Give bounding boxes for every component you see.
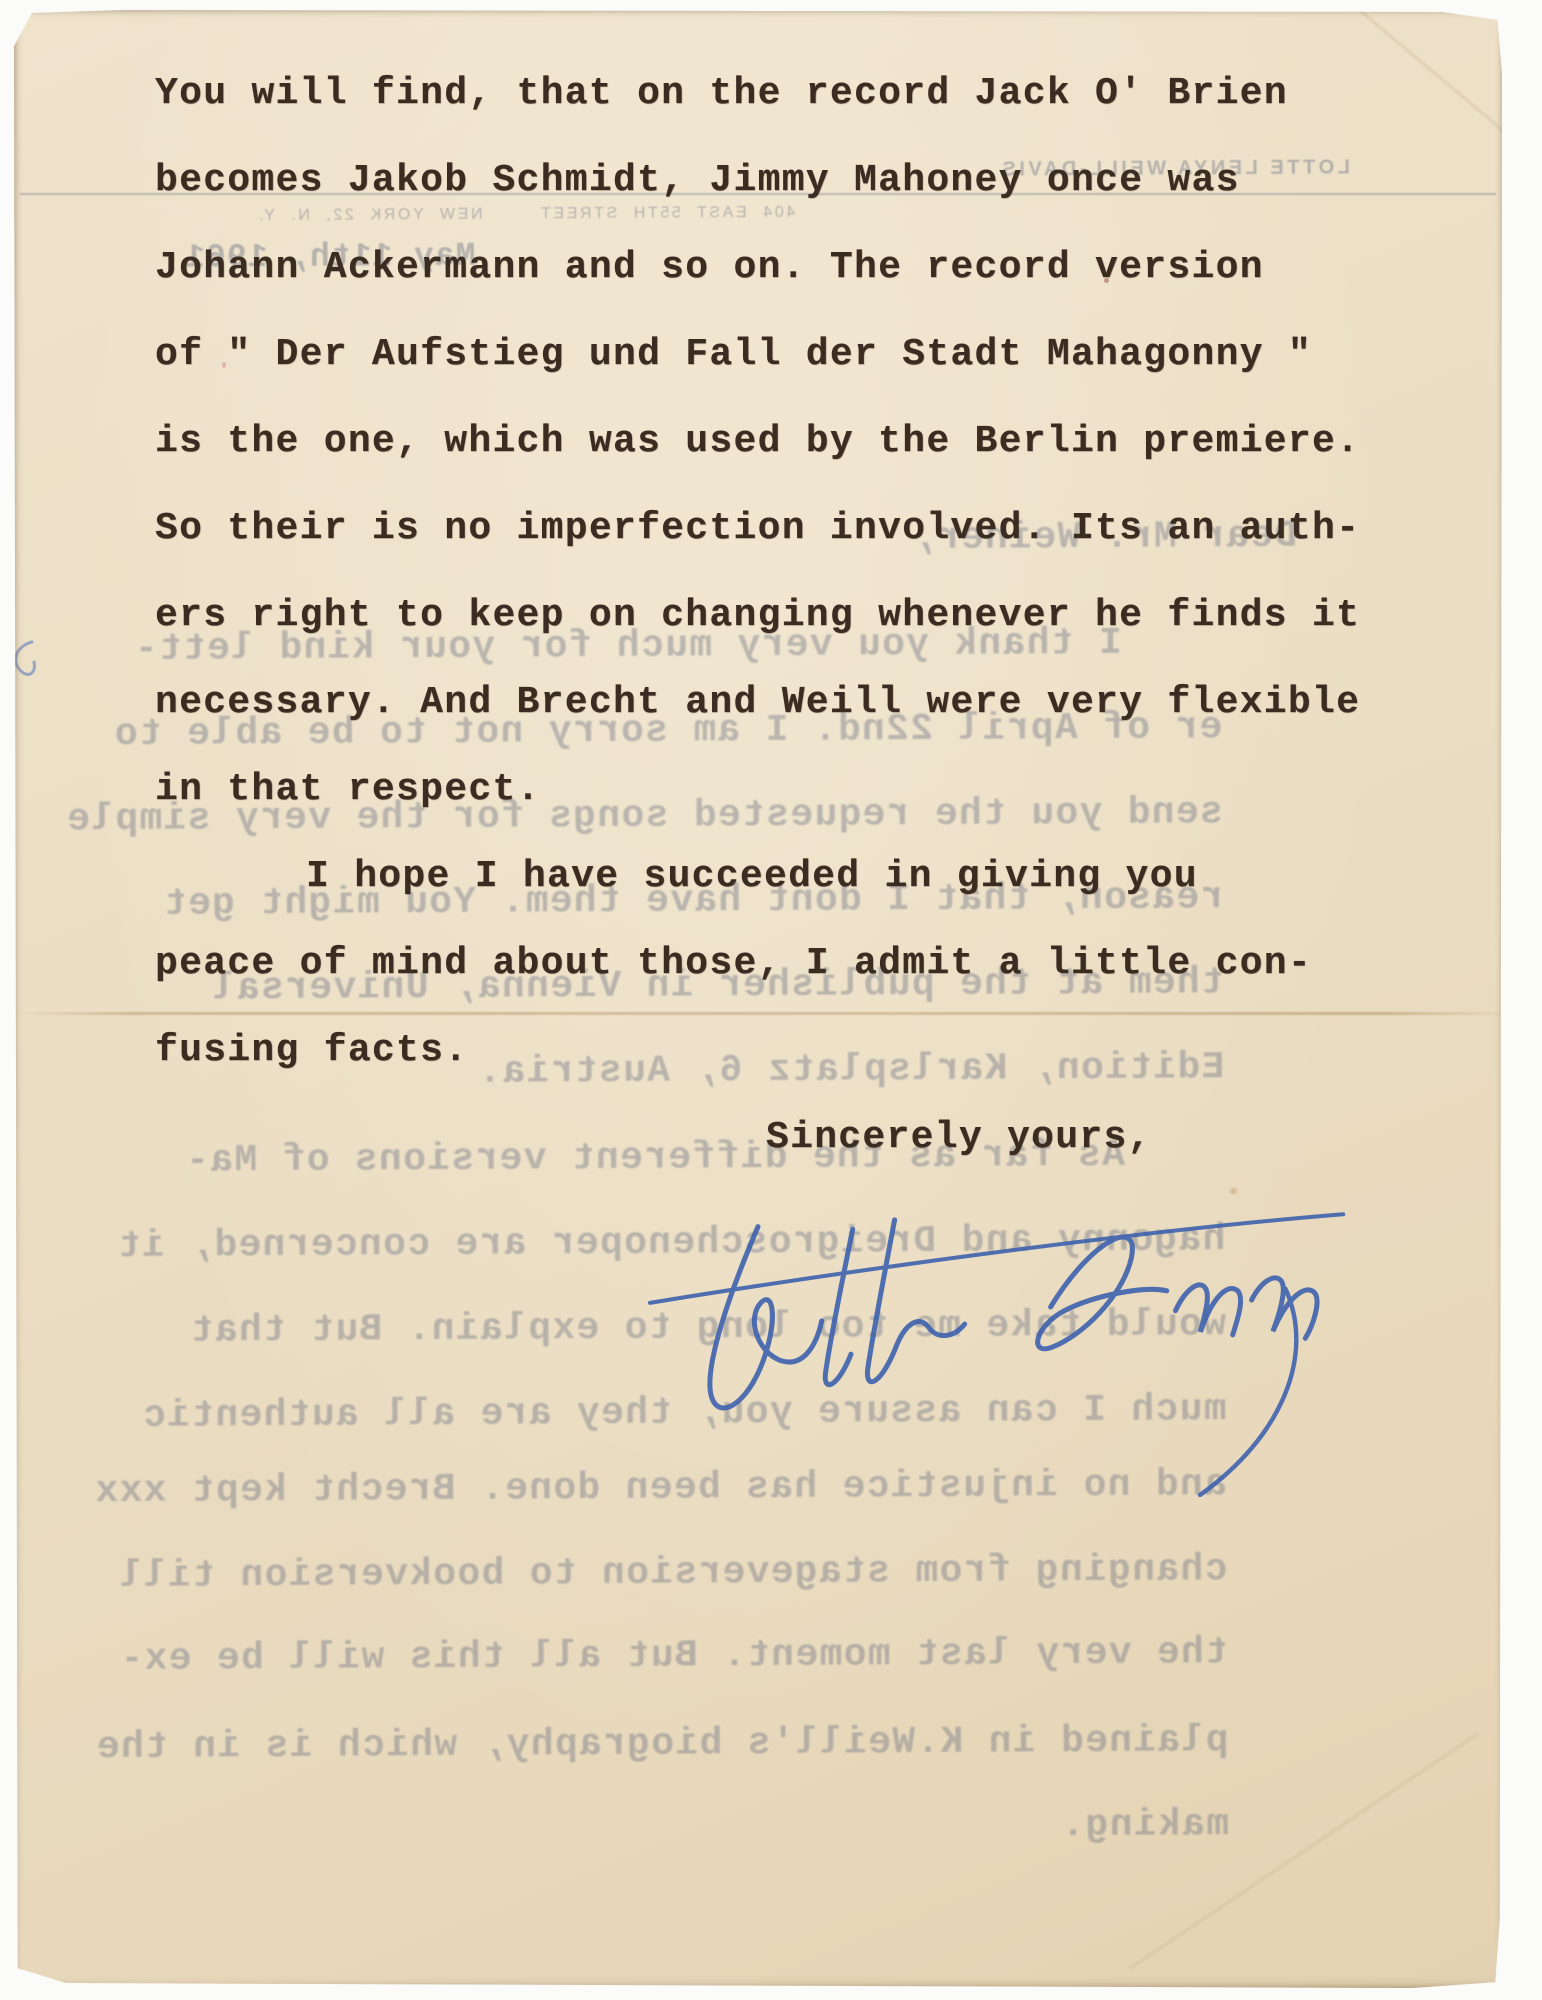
typed-line: So their is no imperfection involved. It…: [155, 507, 1360, 551]
typed-line: in that respect.: [155, 768, 541, 812]
typed-line: necessary. And Brecht and Weill were ver…: [155, 681, 1360, 725]
paper-edge-shading: [14, 10, 1502, 1988]
bleed-line: making.: [1060, 1803, 1229, 1848]
typed-line: becomes Jakob Schmidt, Jimmy Mahoney onc…: [155, 159, 1240, 203]
blue-margin-mark: [14, 636, 42, 684]
bleed-line: the very last moment. But all this will …: [119, 1631, 1228, 1682]
typed-line: of " Der Aufstieg und Fall der Stadt Mah…: [155, 333, 1312, 377]
typed-line: ers right to keep on changing whenever h…: [155, 594, 1360, 638]
bleed-line: plained in K.Weill's biography, which is…: [96, 1719, 1229, 1770]
bleed-letterhead-address: 404 EAST 55TH STREET NEW YORK 22, N. Y.: [257, 204, 796, 225]
bleed-line: Edition, Karlsplatz 6, Austria.: [477, 1046, 1224, 1095]
corner-crease: [1129, 1733, 1478, 1970]
typed-line: Sincerely yours,: [766, 1116, 1152, 1160]
bleed-line: changing from stageversion to bookversio…: [119, 1548, 1228, 1599]
typed-line: Johann Ackermann and so on. The record v…: [155, 246, 1264, 290]
letter-paper: LOTTE LENYA WEILL-DAVIS 404 EAST 55TH ST…: [14, 10, 1502, 1988]
fold-crease: [14, 1012, 1502, 1015]
photograph-of-letter: { "document": { "kind": "typed-letter-pa…: [0, 0, 1542, 2000]
typed-line: peace of mind about those, I admit a lit…: [155, 942, 1312, 986]
typed-line: fusing facts.: [155, 1029, 468, 1073]
corner-crease: [1328, 10, 1502, 178]
signature-lotte-lenya: [638, 1176, 1363, 1537]
bleed-body-lines: I thank you very much for your kind lett…: [14, 10, 1496, 15]
bleed-through-layer: LOTTE LENYA WEILL-DAVIS 404 EAST 55TH ST…: [14, 10, 1502, 1988]
typed-line: is the one, which was used by the Berlin…: [155, 420, 1360, 464]
typed-line: You will find, that on the record Jack O…: [155, 72, 1288, 116]
typed-line: I hope I have succeeded in giving you: [306, 855, 1198, 899]
